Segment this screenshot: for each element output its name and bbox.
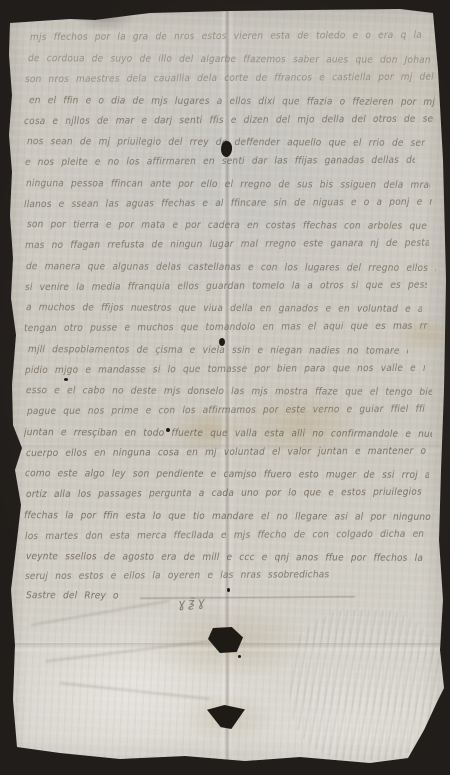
manuscript-line: como este algo ley son pendiente e camjs… xyxy=(25,468,429,482)
parchment-hole-small-middle xyxy=(219,338,225,346)
wrinkle-texture xyxy=(290,610,440,760)
wrinkle-line xyxy=(31,600,169,626)
ink-speck xyxy=(64,378,68,381)
manuscript-line: tengan otro pusse e muchos que tomandolo… xyxy=(24,320,428,335)
manuscript-line: llanos e ssean las aguas ffechas e al ff… xyxy=(24,196,432,211)
wrinkle-line xyxy=(60,682,209,700)
manuscript-line: en el ffin e o dia de mjs lugares a ello… xyxy=(29,95,435,109)
manuscript-line: si venire la media ffranquia ellos guard… xyxy=(25,279,427,294)
manuscript-line: de cordoua de suyo de illo del algarbe f… xyxy=(28,53,432,67)
ink-speck xyxy=(166,428,170,432)
manuscript-line: a muchos de ffijos nuestros que viua del… xyxy=(26,302,422,316)
pen-flourish-line xyxy=(140,596,355,599)
manuscript-line: mas no ffagan rrefusta de ningun lugar m… xyxy=(25,237,429,252)
manuscript-line: pague que nos prime e con los affirmamos… xyxy=(27,403,425,418)
manuscript-line: son nros maestres dela cauallia dela cor… xyxy=(25,71,435,86)
manuscript-line: ortiz alla los passages pergunta a cada … xyxy=(26,486,424,501)
manuscript-line: esso e el cabo no deste mjs donselo las … xyxy=(26,385,432,399)
manuscript-line: seruj nos estos e ellos la oyeren e las … xyxy=(25,568,425,583)
manuscript-line: ninguna pessoa ffincan ante por ello el … xyxy=(26,178,430,192)
ink-speck xyxy=(238,655,241,658)
manuscript-line: juntan e rresçiban en todo ffuerte que v… xyxy=(24,427,432,441)
manuscript-line: pidio mjgo e mandasse si lo que tomasse … xyxy=(25,362,425,377)
manuscript-line: mjs ffechos por la gra de nros estos vie… xyxy=(30,29,422,44)
manuscript-closing-line: Sastre del Rrey o xyxy=(26,590,138,603)
manuscript-line: mjll despoblamentos de çisma e viela ssi… xyxy=(28,344,408,358)
parchment-sheet: mjs ffechos por la gra de nros estos vie… xyxy=(0,0,450,775)
manuscript-line: los martes don esta merca ffecllada e mj… xyxy=(25,528,431,543)
manuscript-line: de manera que algunas delas castellanas … xyxy=(26,261,436,275)
parchment-hole-large-2 xyxy=(207,705,245,729)
ink-speck xyxy=(227,588,230,592)
manuscript-line: veynte ssellos de agosto era de mill e c… xyxy=(26,551,430,565)
manuscript-line: son por tierra e por mata e por cadera e… xyxy=(27,219,433,233)
manuscript-line: ffechas la por ffin esta lo que tio mand… xyxy=(24,510,434,524)
manuscript-line: cuerpo ellos en ninguna cosa en mj volun… xyxy=(26,445,426,460)
manuscript-line: cosa e njllos de mar e darj senti ffis e… xyxy=(24,113,434,128)
photo-backdrop: mjs ffechos por la gra de nros estos vie… xyxy=(0,0,450,775)
manuscript-line: e nos pleite e no los affirmaren en sent… xyxy=(25,154,415,169)
notary-mark: ɣƺ̄ɣ xyxy=(178,595,209,611)
